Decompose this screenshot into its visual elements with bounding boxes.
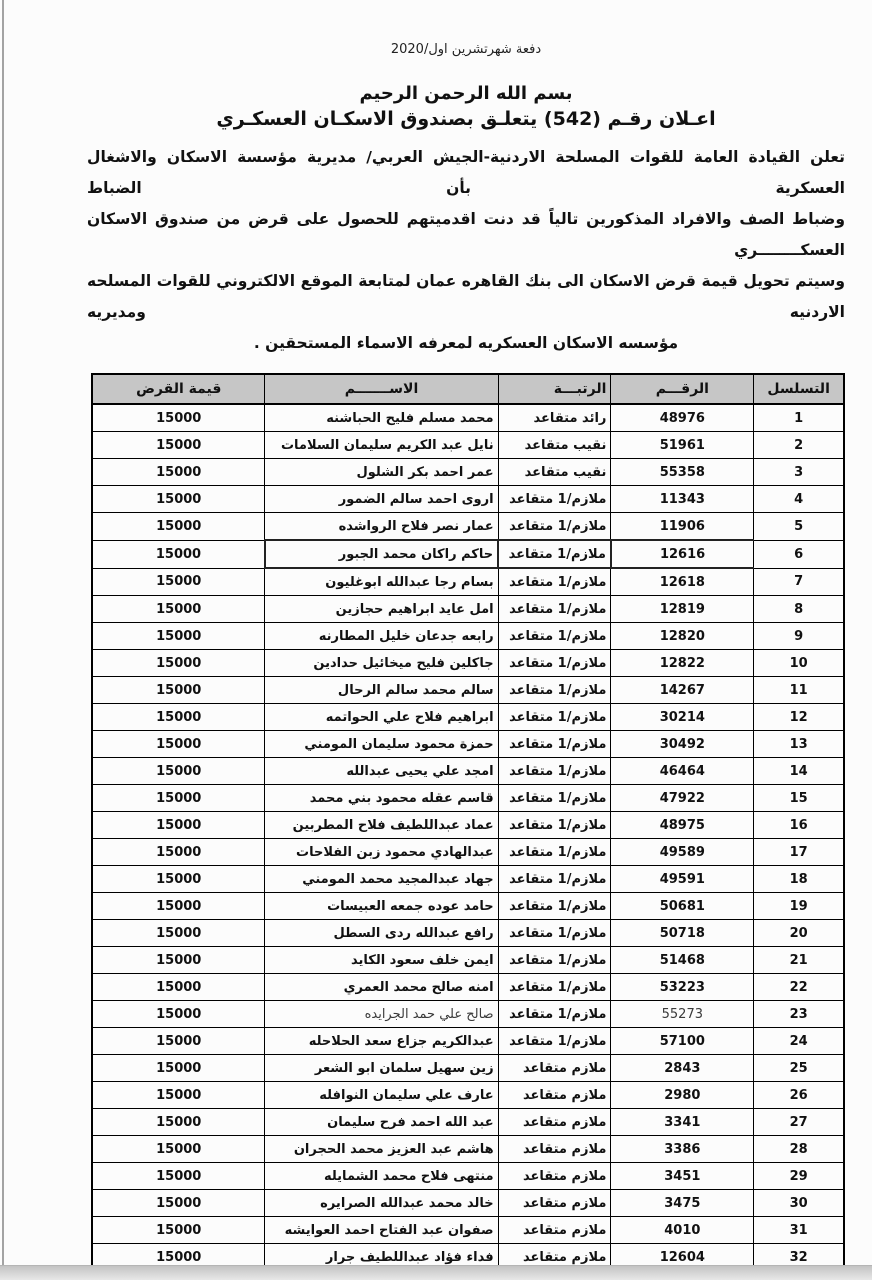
cell-number: 3475 xyxy=(611,1190,754,1217)
table-row: 22 53223 ملازم/1 متقاعد امنه صالح محمد ا… xyxy=(92,974,844,1001)
table-row: 2 51961 نقيب متقاعد نايل عبد الكريم سليم… xyxy=(92,432,844,459)
cell-number: 57100 xyxy=(611,1028,754,1055)
cell-serial: 24 xyxy=(754,1028,844,1055)
table-row: 21 51468 ملازم/1 متقاعد ايمن خلف سعود ال… xyxy=(92,947,844,974)
cell-loan: 15000 xyxy=(92,432,265,459)
cell-number: 50718 xyxy=(611,920,754,947)
cell-name: قاسم عقله محمود بني محمد xyxy=(265,785,498,812)
cell-number: 30214 xyxy=(611,704,754,731)
cell-number: 2980 xyxy=(611,1082,754,1109)
cell-name: جاكلين فليح ميخائيل حدادين xyxy=(265,650,498,677)
cell-serial: 28 xyxy=(754,1136,844,1163)
cell-loan: 15000 xyxy=(92,839,265,866)
table-row: 19 50681 ملازم/1 متقاعد حامد عوده جمعه ا… xyxy=(92,893,844,920)
cell-number: 11906 xyxy=(611,513,754,541)
table-row: 16 48975 ملازم/1 متقاعد عماد عبداللطيف ف… xyxy=(92,812,844,839)
cell-loan: 15000 xyxy=(92,1163,265,1190)
cell-serial: 30 xyxy=(754,1190,844,1217)
cell-rank: ملازم/1 متقاعد xyxy=(498,1028,611,1055)
body-line-2: وضباط الصف والافراد المذكورين تالياً قد … xyxy=(87,204,845,266)
cell-serial: 3 xyxy=(754,459,844,486)
cell-rank: ملازم/1 متقاعد xyxy=(498,758,611,785)
cell-serial: 21 xyxy=(754,947,844,974)
table-row: 15 47922 ملازم/1 متقاعد قاسم عقله محمود … xyxy=(92,785,844,812)
cell-serial: 14 xyxy=(754,758,844,785)
cell-rank: ملازم/1 متقاعد xyxy=(498,839,611,866)
cell-number: 51468 xyxy=(611,947,754,974)
cell-name: ابراهيم فلاح علي الحواتمه xyxy=(265,704,498,731)
cell-rank: ملازم/1 متقاعد xyxy=(498,812,611,839)
cell-name: جهاد عبدالمجيد محمد المومني xyxy=(265,866,498,893)
batch-month-label: دفعة شهرتشرين اول/2020 xyxy=(87,42,845,57)
cell-rank: ملازم متقاعد xyxy=(498,1190,611,1217)
table-row: 11 14267 ملازم/1 متقاعد سالم محمد سالم ا… xyxy=(92,677,844,704)
cell-rank: ملازم/1 متقاعد xyxy=(498,947,611,974)
cell-name: عمار نصر فلاح الرواشده xyxy=(265,513,498,541)
cell-serial: 22 xyxy=(754,974,844,1001)
cell-rank: ملازم/1 متقاعد xyxy=(498,568,611,596)
cell-number: 48976 xyxy=(611,404,754,432)
cell-rank: ملازم/1 متقاعد xyxy=(498,486,611,513)
table-row: 26 2980 ملازم متقاعد عارف علي سليمان الن… xyxy=(92,1082,844,1109)
cell-number: 53223 xyxy=(611,974,754,1001)
cell-loan: 15000 xyxy=(92,893,265,920)
cell-name: خالد محمد عبدالله الصرايره xyxy=(265,1190,498,1217)
cell-number: 11343 xyxy=(611,486,754,513)
table-row: 23 55273 ملازم/1 متقاعد صالح علي حمد الج… xyxy=(92,1001,844,1028)
cell-serial: 13 xyxy=(754,731,844,758)
cell-rank: ملازم/1 متقاعد xyxy=(498,866,611,893)
header-name: الاســـــــم xyxy=(265,374,498,404)
cell-number: 51961 xyxy=(611,432,754,459)
cell-rank: ملازم/1 متقاعد xyxy=(498,677,611,704)
scan-bottom-band xyxy=(0,1265,872,1280)
cell-rank: ملازم متقاعد xyxy=(498,1217,611,1244)
bismillah-heading: بسم الله الرحمن الرحيم xyxy=(87,83,845,104)
cell-name: رابعه جدعان خليل المطارنه xyxy=(265,623,498,650)
table-row: 1 48976 رائد متقاعد محمد مسلم فليح الحبا… xyxy=(92,404,844,432)
document-content: دفعة شهرتشرين اول/2020 بسم الله الرحمن ا… xyxy=(87,0,845,1272)
announcement-title: اعـلان رقـم (542) يتعلـق بصندوق الاسكـان… xyxy=(87,108,845,130)
cell-rank: ملازم متقاعد xyxy=(498,1163,611,1190)
cell-serial: 17 xyxy=(754,839,844,866)
cell-rank: نقيب متقاعد xyxy=(498,432,611,459)
cell-loan: 15000 xyxy=(92,1082,265,1109)
cell-number: 3341 xyxy=(611,1109,754,1136)
cell-rank: ملازم/1 متقاعد xyxy=(498,920,611,947)
table-row: 18 49591 ملازم/1 متقاعد جهاد عبدالمجيد م… xyxy=(92,866,844,893)
cell-name: ايمن خلف سعود الكايد xyxy=(265,947,498,974)
cell-serial: 15 xyxy=(754,785,844,812)
cell-name: حامد عوده جمعه العبيسات xyxy=(265,893,498,920)
table-row: 13 30492 ملازم/1 متقاعد حمزة محمود سليما… xyxy=(92,731,844,758)
cell-loan: 15000 xyxy=(92,1109,265,1136)
cell-loan: 15000 xyxy=(92,623,265,650)
table-row: 5 11906 ملازم/1 متقاعد عمار نصر فلاح الر… xyxy=(92,513,844,541)
table-row: 27 3341 ملازم متقاعد عبد الله احمد فرح س… xyxy=(92,1109,844,1136)
cell-rank: ملازم/1 متقاعد xyxy=(498,974,611,1001)
beneficiaries-table: التسلسل الرقـــم الرتبـــة الاســـــــم … xyxy=(91,373,845,1272)
cell-rank: ملازم متقاعد xyxy=(498,1136,611,1163)
cell-serial: 23 xyxy=(754,1001,844,1028)
cell-name: صفوان عبد الفتاح احمد العوايشه xyxy=(265,1217,498,1244)
table-row: 8 12819 ملازم/1 متقاعد امل عايد ابراهيم … xyxy=(92,596,844,623)
cell-loan: 15000 xyxy=(92,1136,265,1163)
cell-loan: 15000 xyxy=(92,866,265,893)
table-row: 24 57100 ملازم/1 متقاعد عبدالكريم جزاع س… xyxy=(92,1028,844,1055)
cell-name: عبدالهادي محمود زبن الفلاحات xyxy=(265,839,498,866)
header-rank: الرتبـــة xyxy=(498,374,611,404)
table-row: 20 50718 ملازم/1 متقاعد رافع عبدالله ردى… xyxy=(92,920,844,947)
cell-loan: 15000 xyxy=(92,785,265,812)
table-row: 10 12822 ملازم/1 متقاعد جاكلين فليح ميخا… xyxy=(92,650,844,677)
cell-number: 2843 xyxy=(611,1055,754,1082)
scanned-announcement-page: { "page": { "batch_label": "دفعة شهرتشري… xyxy=(0,0,872,1280)
cell-name: امجد علي يحيى عبدالله xyxy=(265,758,498,785)
cell-rank: ملازم متقاعد xyxy=(498,1082,611,1109)
cell-number: 4010 xyxy=(611,1217,754,1244)
cell-loan: 15000 xyxy=(92,568,265,596)
cell-serial: 31 xyxy=(754,1217,844,1244)
cell-number: 12618 xyxy=(611,568,754,596)
cell-name: اروى احمد سالم الضمور xyxy=(265,486,498,513)
cell-name: عمر احمد بكر الشلول xyxy=(265,459,498,486)
cell-number: 3386 xyxy=(611,1136,754,1163)
cell-name: حمزة محمود سليمان المومني xyxy=(265,731,498,758)
cell-serial: 29 xyxy=(754,1163,844,1190)
cell-name: حاكم راكان محمد الجبور xyxy=(265,540,498,568)
cell-number: 12616 xyxy=(611,540,754,568)
table-row: 6 12616 ملازم/1 متقاعد حاكم راكان محمد ا… xyxy=(92,540,844,568)
cell-name: امل عايد ابراهيم حجازين xyxy=(265,596,498,623)
table-row: 7 12618 ملازم/1 متقاعد بسام رجا عبدالله … xyxy=(92,568,844,596)
cell-serial: 20 xyxy=(754,920,844,947)
cell-loan: 15000 xyxy=(92,650,265,677)
cell-name: صالح علي حمد الجرايده xyxy=(265,1001,498,1028)
cell-serial: 5 xyxy=(754,513,844,541)
cell-name: رافع عبدالله ردى السطل xyxy=(265,920,498,947)
cell-name: محمد مسلم فليح الحباشنه xyxy=(265,404,498,432)
cell-serial: 2 xyxy=(754,432,844,459)
cell-serial: 25 xyxy=(754,1055,844,1082)
announcement-body: تعلن القيادة العامة للقوات المسلحة الارد… xyxy=(87,142,845,359)
cell-loan: 15000 xyxy=(92,812,265,839)
table-row: 30 3475 ملازم متقاعد خالد محمد عبدالله ا… xyxy=(92,1190,844,1217)
cell-name: هاشم عبد العزيز محمد الحجران xyxy=(265,1136,498,1163)
cell-loan: 15000 xyxy=(92,1217,265,1244)
cell-name: امنه صالح محمد العمري xyxy=(265,974,498,1001)
cell-loan: 15000 xyxy=(92,677,265,704)
cell-serial: 18 xyxy=(754,866,844,893)
cell-name: عارف علي سليمان النوافله xyxy=(265,1082,498,1109)
cell-serial: 12 xyxy=(754,704,844,731)
cell-serial: 19 xyxy=(754,893,844,920)
cell-name: عبدالكريم جزاع سعد الحلاحله xyxy=(265,1028,498,1055)
cell-number: 14267 xyxy=(611,677,754,704)
table-row: 29 3451 ملازم متقاعد منتهى فلاح محمد الش… xyxy=(92,1163,844,1190)
table-row: 17 49589 ملازم/1 متقاعد عبدالهادي محمود … xyxy=(92,839,844,866)
cell-number: 47922 xyxy=(611,785,754,812)
cell-number: 46464 xyxy=(611,758,754,785)
cell-rank: ملازم/1 متقاعد xyxy=(498,650,611,677)
cell-number: 12820 xyxy=(611,623,754,650)
cell-rank: ملازم/1 متقاعد xyxy=(498,893,611,920)
cell-number: 12819 xyxy=(611,596,754,623)
body-line-3: وسيتم تحويل قيمة قرض الاسكان الى بنك الق… xyxy=(87,266,845,328)
cell-serial: 8 xyxy=(754,596,844,623)
cell-rank: رائد متقاعد xyxy=(498,404,611,432)
cell-serial: 16 xyxy=(754,812,844,839)
cell-serial: 9 xyxy=(754,623,844,650)
table-row: 9 12820 ملازم/1 متقاعد رابعه جدعان خليل … xyxy=(92,623,844,650)
table-header-row: التسلسل الرقـــم الرتبـــة الاســـــــم … xyxy=(92,374,844,404)
cell-number: 50681 xyxy=(611,893,754,920)
cell-loan: 15000 xyxy=(92,1028,265,1055)
cell-loan: 15000 xyxy=(92,486,265,513)
table-row: 31 4010 ملازم متقاعد صفوان عبد الفتاح اح… xyxy=(92,1217,844,1244)
cell-serial: 10 xyxy=(754,650,844,677)
body-line-4: مؤسسه الاسكان العسكريه لمعرفه الاسماء ال… xyxy=(87,328,845,359)
header-serial: التسلسل xyxy=(754,374,844,404)
cell-loan: 15000 xyxy=(92,459,265,486)
cell-number: 55273 xyxy=(611,1001,754,1028)
table-row: 3 55358 نقيب متقاعد عمر احمد بكر الشلول … xyxy=(92,459,844,486)
cell-serial: 11 xyxy=(754,677,844,704)
cell-name: نايل عبد الكريم سليمان السلامات xyxy=(265,432,498,459)
cell-name: منتهى فلاح محمد الشمايله xyxy=(265,1163,498,1190)
cell-rank: نقيب متقاعد xyxy=(498,459,611,486)
cell-rank: ملازم/1 متقاعد xyxy=(498,540,611,568)
table-row: 4 11343 ملازم/1 متقاعد اروى احمد سالم ال… xyxy=(92,486,844,513)
cell-rank: ملازم/1 متقاعد xyxy=(498,731,611,758)
table-row: 12 30214 ملازم/1 متقاعد ابراهيم فلاح علي… xyxy=(92,704,844,731)
cell-loan: 15000 xyxy=(92,596,265,623)
cell-number: 49589 xyxy=(611,839,754,866)
cell-loan: 15000 xyxy=(92,974,265,1001)
cell-number: 12822 xyxy=(611,650,754,677)
cell-serial: 1 xyxy=(754,404,844,432)
cell-rank: ملازم/1 متقاعد xyxy=(498,623,611,650)
cell-number: 48975 xyxy=(611,812,754,839)
cell-loan: 15000 xyxy=(92,731,265,758)
cell-loan: 15000 xyxy=(92,920,265,947)
cell-loan: 15000 xyxy=(92,704,265,731)
cell-loan: 15000 xyxy=(92,947,265,974)
cell-name: عبد الله احمد فرح سليمان xyxy=(265,1109,498,1136)
cell-number: 3451 xyxy=(611,1163,754,1190)
cell-name: زين سهيل سلمان ابو الشعر xyxy=(265,1055,498,1082)
body-line-1: تعلن القيادة العامة للقوات المسلحة الارد… xyxy=(87,142,845,204)
table-row: 14 46464 ملازم/1 متقاعد امجد علي يحيى عب… xyxy=(92,758,844,785)
cell-loan: 15000 xyxy=(92,1001,265,1028)
cell-serial: 27 xyxy=(754,1109,844,1136)
cell-loan: 15000 xyxy=(92,540,265,568)
header-loan: قيمة القرض xyxy=(92,374,265,404)
cell-loan: 15000 xyxy=(92,404,265,432)
cell-serial: 4 xyxy=(754,486,844,513)
cell-rank: ملازم/1 متقاعد xyxy=(498,704,611,731)
cell-rank: ملازم/1 متقاعد xyxy=(498,1001,611,1028)
cell-loan: 15000 xyxy=(92,513,265,541)
cell-loan: 15000 xyxy=(92,1055,265,1082)
scan-edge-line xyxy=(2,0,4,1267)
header-number: الرقـــم xyxy=(611,374,754,404)
cell-rank: ملازم/1 متقاعد xyxy=(498,785,611,812)
cell-loan: 15000 xyxy=(92,758,265,785)
cell-number: 30492 xyxy=(611,731,754,758)
cell-serial: 7 xyxy=(754,568,844,596)
cell-rank: ملازم/1 متقاعد xyxy=(498,513,611,541)
cell-number: 55358 xyxy=(611,459,754,486)
cell-name: بسام رجا عبدالله ابوغليون xyxy=(265,568,498,596)
cell-serial: 26 xyxy=(754,1082,844,1109)
cell-number: 49591 xyxy=(611,866,754,893)
cell-loan: 15000 xyxy=(92,1190,265,1217)
table-row: 25 2843 ملازم متقاعد زين سهيل سلمان ابو … xyxy=(92,1055,844,1082)
cell-name: سالم محمد سالم الرحال xyxy=(265,677,498,704)
cell-rank: ملازم متقاعد xyxy=(498,1109,611,1136)
table-row: 28 3386 ملازم متقاعد هاشم عبد العزيز محم… xyxy=(92,1136,844,1163)
cell-name: عماد عبداللطيف فلاح المطربين xyxy=(265,812,498,839)
cell-serial: 6 xyxy=(754,540,844,568)
cell-rank: ملازم/1 متقاعد xyxy=(498,596,611,623)
cell-rank: ملازم متقاعد xyxy=(498,1055,611,1082)
